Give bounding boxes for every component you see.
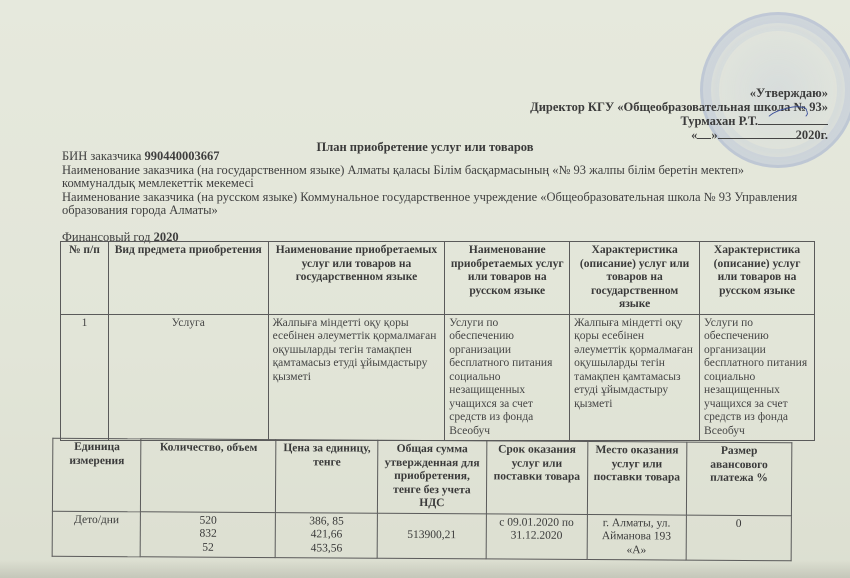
pricing-header-row: Единица измерения Количество, объем Цена… bbox=[52, 438, 791, 515]
items-table: № п/п Вид предмета приобретения Наименов… bbox=[60, 241, 815, 441]
items-header-row: № п/п Вид предмета приобретения Наименов… bbox=[61, 242, 815, 315]
header-total: Общая сумма утвержденная для приобретени… bbox=[378, 440, 487, 513]
signature-icon bbox=[758, 114, 828, 125]
header-price: Цена за единицу, тенге bbox=[276, 440, 378, 513]
customer-ru-row: Наименование заказчика (на русском языке… bbox=[62, 191, 802, 218]
customer-info: БИН заказчика 990440003667 Наименование … bbox=[62, 150, 802, 244]
pricing-table: Единица измерения Количество, объем Цена… bbox=[52, 438, 793, 562]
customer-state-row: Наименование заказчика (на государственн… bbox=[62, 164, 802, 191]
cell-prices: 386, 85 421,66 453,56 bbox=[275, 512, 377, 558]
header-desc-state: Характеристика (описание) услуг или това… bbox=[570, 242, 700, 315]
header-term: Срок оказания услуг или поставки товара bbox=[486, 441, 588, 514]
cell-name-state: Жалпыға міндетті оқу қоры есебінен әлеум… bbox=[268, 314, 445, 441]
cell-quantities: 520 832 52 bbox=[141, 511, 276, 557]
header-num: № п/п bbox=[61, 242, 109, 315]
cell-type: Услуга bbox=[108, 314, 268, 441]
cell-desc-state: Жалпыға міндетті оқу қоры есебінен әлеум… bbox=[570, 314, 700, 441]
cell-place: г. Алматы, ул. Айманова 193 «А» bbox=[587, 514, 686, 560]
cell-unit: Дето/дни bbox=[52, 511, 141, 557]
table-row: Дето/дни 520 832 52 386, 85 421,66 453,5… bbox=[52, 511, 791, 561]
approval-name: Турмахан Р.Т. bbox=[681, 114, 758, 128]
table-row: 1 Услуга Жалпыға міндетті оқу қоры есебі… bbox=[61, 314, 815, 441]
header-name-ru: Наименование приобретаемых услуг или тов… bbox=[445, 242, 570, 315]
header-advance: Размер авансового платежа % bbox=[686, 442, 792, 515]
header-quantity: Количество, объем bbox=[141, 439, 276, 512]
header-unit: Единица измерения bbox=[52, 438, 141, 511]
cell-advance: 0 bbox=[686, 515, 792, 561]
bin-row: БИН заказчика 990440003667 bbox=[62, 150, 802, 164]
approval-heading: «Утверждаю» bbox=[530, 86, 828, 100]
header-type: Вид предмета приобретения bbox=[108, 242, 268, 315]
cell-term: с 09.01.2020 по 31.12.2020 bbox=[486, 513, 587, 559]
header-place: Место оказания услуг или поставки товара bbox=[587, 442, 686, 515]
bin-value: 990440003667 bbox=[145, 149, 220, 163]
cell-name-ru: Услуги по обеспечению организации беспла… bbox=[445, 314, 570, 441]
approval-signature-row: Турмахан Р.Т. bbox=[530, 114, 828, 128]
header-name-state: Наименование приобретаемых услуг или тов… bbox=[268, 242, 445, 315]
cell-total: 513900,21 bbox=[377, 513, 486, 559]
cell-desc-ru: Услуги по обеспечению организации беспла… bbox=[700, 314, 815, 441]
cell-num: 1 bbox=[61, 314, 109, 441]
page-shadow bbox=[0, 560, 850, 578]
header-desc-ru: Характеристика (описание) услуг или това… bbox=[700, 242, 815, 315]
approval-block: «Утверждаю» Директор КГУ «Общеобразовате… bbox=[530, 86, 828, 142]
